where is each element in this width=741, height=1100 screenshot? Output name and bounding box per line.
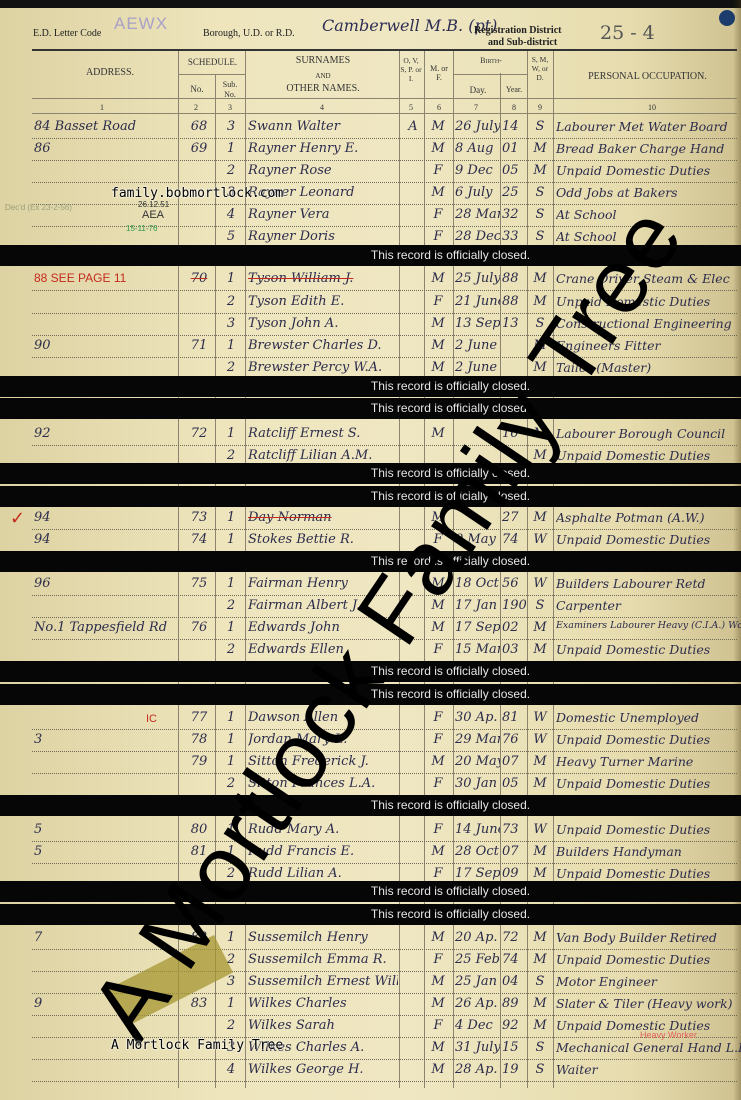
name-cell: Fairman Albert J. [248,598,398,613]
census-row: 2Rayner RoseF9 Dec05MUnpaid Domestic Dut… [0,161,741,183]
sex-cell: F [427,532,449,547]
col-num-3: 3 [228,103,232,112]
address-cell: 92 [34,426,179,441]
closed-record-bar: This record is officially closed. [0,904,741,925]
name-cell: Rayner Rose [248,163,398,178]
closed-record-bar: This record is officially closed. [0,881,741,902]
closed-record-bar: This record is officially closed. [0,551,741,572]
sex-cell: M [427,598,449,613]
name-cell: Swann Walter [248,119,398,134]
sex-cell: F [427,822,449,837]
address-cell: No.1 Tappesfield Rd [34,620,179,635]
marital-status-cell: W [530,532,550,547]
birth-day-cell: 13 Sept [455,316,500,331]
schedule-no-cell: 69 [186,141,212,156]
birth-year-cell: 88 [502,294,526,309]
census-row: 771Dawson AllenF30 Ap.81WDomestic Unempl… [0,708,741,730]
col-other-names: OTHER NAMES. [248,84,398,94]
occupation-cell: Examiners Labourer Heavy (C.I.A.) Woolwi… [556,620,741,631]
schedule-sub-cell: 4 [220,1062,242,1077]
birth-year-cell: 05 [502,776,526,791]
schedule-sub-cell: 4 [220,207,242,222]
marital-status-cell: M [530,996,550,1011]
sex-cell: M [427,119,449,134]
birth-day-cell: 26 Ap. [455,996,500,1011]
marital-status-cell: M [530,294,550,309]
census-row: 2Tyson Edith E.F21 June88MUnpaid Domesti… [0,292,741,314]
schedule-sub-cell: 1 [220,754,242,769]
occupation-cell: Heavy Turner Marine [556,754,741,769]
col-schedule-no: No. [183,84,211,94]
name-cell: Rudd Lilian A. [248,866,398,881]
birth-day-cell: 14 June [455,822,500,837]
birth-year-cell: 76 [502,732,526,747]
marital-status-cell: M [530,141,550,156]
birth-day-cell: 17 Sept [455,866,500,881]
name-cell: Brewster Charles D. [248,338,398,353]
col-num-1: 1 [100,103,104,112]
name-cell: Rudd Mary A. [248,822,398,837]
schedule-sub-cell: 1 [220,710,242,725]
occupation-cell: Tailor (Master) [556,360,741,375]
occupation-cell: Mechanical General Hand L.F. [556,1040,741,1055]
sex-cell: M [427,510,449,525]
marital-status-cell: M [530,754,550,769]
name-cell: Rudd Francis E. [248,844,398,859]
schedule-sub-cell: 3 [220,316,242,331]
marital-status-cell: M [530,163,550,178]
birth-day-cell: 15 March [455,642,500,657]
col-birth-year: Year. [502,85,526,95]
census-row: 2Fairman Albert J.M17 Jan1900SCarpenter [0,596,741,618]
address-cell: 96 [34,576,179,591]
marital-status-cell: S [530,316,550,331]
green-date: 15-11-76 [126,224,157,233]
address-cell: 84 Basset Road [34,119,179,134]
marital-status-cell: W [530,822,550,837]
ic-mark: IC [146,713,157,725]
col-birth: Birth- [455,56,527,66]
schedule-sub-cell: 1 [220,822,242,837]
schedule-no-cell: 71 [186,338,212,353]
birth-year-cell: 73 [502,822,526,837]
occupation-cell: Unpaid Domestic Duties [556,732,741,747]
schedule-no-cell: 70 [186,271,212,286]
schedule-no-cell: 75 [186,576,212,591]
address-cell: 5 [34,844,179,859]
occupation-cell: At School [556,229,741,244]
col-surnames: SURNAMES [248,56,398,66]
schedule-sub-cell: 1 [220,732,242,747]
sex-cell: F [427,163,449,178]
schedule-sub-cell: 1 [220,844,242,859]
birth-day-cell: 28 Mar [455,207,500,222]
sex-cell: M [427,271,449,286]
name-cell: Stokes Bettie R. [248,532,398,547]
sex-cell: M [427,316,449,331]
birth-day-cell: 20 Ap. [455,930,500,945]
header-rule [32,49,737,51]
red-tick-mark: ✓ [10,508,25,529]
birth-year-cell: 81 [502,710,526,725]
closed-record-bar: This record is officially closed. [0,486,741,507]
birth-year-cell: 1900 [502,598,526,613]
birth-day-cell: 8 Aug [455,141,500,156]
schedule-no-cell: 77 [186,710,212,725]
top-border [0,0,741,8]
ed-letter-code-label: E.D. Letter Code [33,28,101,39]
marital-status-cell: M [530,1018,550,1033]
census-row: 3Tyson John A.M13 Sept13SConstructional … [0,314,741,336]
name-cell: Tyson John A. [248,316,398,331]
address-cell: 90 [34,338,179,353]
occupation-cell: Unpaid Domestic Duties [556,163,741,178]
birth-day-cell: 17 Jan [455,598,500,613]
occupation-cell: Odd Jobs at Bakers [556,185,741,200]
address-cell: 94 [34,532,179,547]
schedule-sub-cell: 2 [220,163,242,178]
col-occupation: PERSONAL OCCUPATION. [560,72,735,82]
closed-record-bar: This record is officially closed. [0,684,741,705]
census-row: 791Sitton Frederick J.M20 May07MHeavy Tu… [0,752,741,774]
name-cell: Rayner Doris [248,229,398,244]
marital-status-cell: M [530,510,550,525]
occupation-cell: Builders Handyman [556,844,741,859]
address-cell: 94 [34,510,179,525]
birth-year-cell: 32 [502,207,526,222]
name-cell: Edwards Ellen [248,642,398,657]
marital-status-cell: M [530,776,550,791]
schedule-sub-cell: 2 [220,448,242,463]
name-cell: Dawson Allen [248,710,398,725]
birth-year-cell: 88 [502,271,526,286]
marital-status-cell: M [530,338,550,353]
occupation-cell: Asphalte Potman (A.W.) [556,510,741,525]
marital-status-cell: S [530,229,550,244]
sex-cell: M [427,1062,449,1077]
address-cell: 86 [34,141,179,156]
occupation-cell: Labourer Met Water Board [556,119,741,134]
sex-cell: M [427,338,449,353]
col-mf: M. or F. [427,64,451,82]
birth-day-cell: 2 June [455,360,500,375]
occupation-cell: Unpaid Domestic Duties [556,776,741,791]
schedule-sub-cell: 1 [220,930,242,945]
birth-year-cell: 56 [502,576,526,591]
name-cell: Jordan Mary L. [248,732,398,747]
col-num-6: 6 [437,103,441,112]
watermark-url: family.bobmortlock.com [111,186,283,201]
name-cell: Wilkes George H. [248,1062,398,1077]
sex-cell: F [427,866,449,881]
schedule-no-cell: 81 [186,844,212,859]
birth-year-cell: 74 [502,532,526,547]
col-schedule: SCHEDULE. [180,57,245,67]
occupation-cell: Unpaid Domestic Duties [556,952,741,967]
address-cell: 7 [34,930,179,945]
census-row: 94741Stokes Bettie R.F9 May74WUnpaid Dom… [0,530,741,552]
schedule-sub-cell: 2 [220,598,242,613]
birth-day-cell: 4 Dec [455,1018,500,1033]
occupation-cell: Crane Driver Steam & Elec [556,271,741,286]
schedule-sub-cell: 2 [220,360,242,375]
schedule-no-cell: 79 [186,754,212,769]
name-cell: Wilkes Sarah [248,1018,398,1033]
col-schedule-sub: Sub. No. [218,80,242,100]
aea-mark: AEA [142,209,164,221]
schedule-no-cell: 80 [186,822,212,837]
census-row: 2Wilkes SarahF4 Dec92MUnpaid Domestic Du… [0,1016,741,1038]
birth-day-cell: 25 Feb [455,952,500,967]
name-cell: Ratcliff Lilian A.M. [248,448,398,463]
marital-status-cell: M [530,360,550,375]
birth-day-cell: 17 Sep [455,620,500,635]
occupation-cell: Builders Labourer Retd [556,576,741,591]
schedule-sub-cell: 1 [220,510,242,525]
birth-day-cell: 18 Oct [455,576,500,591]
marital-status-cell: M [530,448,550,463]
name-cell: Tyson William J. [248,271,398,286]
closed-record-bar: This record is officially closed. [0,661,741,682]
birth-year-cell: 19 [502,1062,526,1077]
marital-status-cell: W [530,710,550,725]
schedule-sub-cell: 2 [220,776,242,791]
schedule-sub-cell: 3 [220,119,242,134]
marital-status-cell: S [530,119,550,134]
closed-record-bar: This record is officially closed. [0,376,741,397]
occupation-cell: Slater & Tiler (Heavy work) [556,996,741,1011]
schedule-sub-cell: 2 [220,1018,242,1033]
aea-date: 26.12.51 [138,200,169,209]
census-row: 96751Fairman HenryM18 Oct56WBuilders Lab… [0,574,741,596]
sex-cell: F [427,952,449,967]
name-cell: Rayner Henry E. [248,141,398,156]
birth-year-cell: 07 [502,754,526,769]
sex-cell: M [427,996,449,1011]
sex-cell: F [427,710,449,725]
occupation-cell: Motor Engineer [556,974,741,989]
birth-year-cell: 25 [502,185,526,200]
schedule-no-cell: 74 [186,532,212,547]
borough-label: Borough, U.D. or R.D. [203,28,295,39]
birth-day-cell: 9 May [455,532,500,547]
col-birth-day: Day. [458,85,498,95]
birth-year-cell: 74 [502,952,526,967]
occupation-cell: Unpaid Domestic Duties [556,822,741,837]
schedule-no-cell: 72 [186,426,212,441]
sex-cell: F [427,642,449,657]
census-row: 2Sussemilch Emma R.F25 Feb74MUnpaid Dome… [0,950,741,972]
col-num-2: 2 [194,103,198,112]
schedule-sub-cell: 1 [220,338,242,353]
occupation-cell: Labourer Borough Council [556,426,741,441]
schedule-sub-cell: 1 [220,141,242,156]
col-num-9: 9 [538,103,542,112]
closed-record-bar: This record is officially closed. [0,398,741,419]
birth-year-cell: 09 [502,866,526,881]
name-cell: Sitton Frederick J. [248,754,398,769]
sex-cell: F [427,732,449,747]
birth-year-cell: 72 [502,930,526,945]
name-cell: Sussemilch Ernest William [248,974,398,989]
occupation-cell: Domestic Unemployed [556,710,741,725]
red-note: Heavy Worker [640,1030,697,1040]
census-row: 5811Rudd Francis E.M28 Oct07MBuilders Ha… [0,842,741,864]
address-cell: 88 SEE PAGE 11 [34,271,179,285]
marital-status-cell: S [530,207,550,222]
schedule-sub-cell: 1 [220,620,242,635]
birth-year-cell: 92 [502,1018,526,1033]
marital-status-cell: M [530,866,550,881]
birth-year-cell: 04 [502,974,526,989]
schedule-sub-cell: 1 [220,271,242,286]
sex-cell: F [427,229,449,244]
occupation-cell: Bread Baker Charge Hand [556,141,741,156]
closed-record-bar: This record is officially closed. [0,245,741,266]
col-ovsp: O, V, S, P. or I. [400,56,422,83]
birth-year-cell: 16 [502,426,526,441]
schedule-sub-cell: 1 [220,426,242,441]
col-smwd: S, M, W, or D. [531,55,549,82]
col-num-7: 7 [474,103,478,112]
borough-value: Camberwell M.B. (pt) [322,16,497,35]
marital-status-cell: M [530,930,550,945]
sex-cell: M [427,930,449,945]
birth-year-cell: 89 [502,996,526,1011]
col-surnames-and: AND [248,71,398,81]
name-cell: Brewster Percy W.A. [248,360,398,375]
occupation-cell: Unpaid Domestic Duties [556,866,741,881]
birth-day-cell: 25 July [455,271,500,286]
birth-day-cell: 9 Dec [455,163,500,178]
sex-cell: M [427,620,449,635]
sex-cell: F [427,294,449,309]
census-row: 3781Jordan Mary L.F29 Mar76WUnpaid Domes… [0,730,741,752]
sex-cell: M [427,1040,449,1055]
census-row: 86691Rayner Henry E.M8 Aug01MBread Baker… [0,139,741,161]
schedule-no-cell: 78 [186,732,212,747]
schedule-no-cell: 76 [186,620,212,635]
closed-record-bar: This record is officially closed. [0,463,741,484]
marital-status-cell: W [530,576,550,591]
ink-blot [719,10,735,26]
sex-cell: F [427,776,449,791]
marital-status-cell: M [530,844,550,859]
census-row: No.1 Tappesfield Rd761Edwards JohnM17 Se… [0,618,741,640]
col-num-4: 4 [320,103,324,112]
occupation-cell: Unpaid Domestic Duties [556,294,741,309]
occupation-cell: At School [556,207,741,222]
schedule-no-cell: 83 [186,996,212,1011]
address-cell: 3 [34,732,179,747]
census-row: 92721Ratcliff Ernest S.M16MLabourer Boro… [0,424,741,446]
marital-status-cell: M [530,952,550,967]
sex-cell: M [427,844,449,859]
sex-cell: M [427,754,449,769]
registration-label-2: and Sub-district [488,37,557,48]
schedule-sub-cell: 1 [220,576,242,591]
schedule-sub-cell: 1 [220,532,242,547]
sex-cell: M [427,576,449,591]
sex-cell: M [427,426,449,441]
birth-year-cell: 07 [502,844,526,859]
birth-day-cell: 21 June [455,294,500,309]
marital-status-cell: W [530,732,550,747]
birth-day-cell: 31 July [455,1040,500,1055]
birth-day-cell: 20 May [455,754,500,769]
birth-year-cell: 27 [502,510,526,525]
schedule-sub-cell: 2 [220,642,242,657]
sex-cell: F [427,1018,449,1033]
schedule-sub-cell: 5 [220,229,242,244]
sex-cell: M [427,974,449,989]
marital-status-cell: M [530,620,550,635]
marital-status-cell: S [530,598,550,613]
name-cell: Edwards John [248,620,398,635]
marital-status-cell: M [530,426,550,441]
marital-status-cell: M [530,271,550,286]
birth-year-cell: 02 [502,620,526,635]
name-cell: Fairman Henry [248,576,398,591]
census-row: 7821Sussemilch HenryM20 Ap.72MVan Body B… [0,928,741,950]
census-row: 4Wilkes George H.M28 Ap.19SWaiter [0,1060,741,1082]
occupation-cell: Unpaid Domestic Duties [556,532,741,547]
birth-day-cell: 26 July [455,119,500,134]
name-cell: Sussemilch Henry [248,930,398,945]
name-cell: Wilkes Charles [248,996,398,1011]
occupation-cell: Unpaid Domestic Duties [556,642,741,657]
occupation-cell: Unpaid Domestic Duties [556,448,741,463]
birth-year-cell: 15 [502,1040,526,1055]
census-row: 94731Day NormanM27MAsphalte Potman (A.W.… [0,508,741,530]
watermark-footer: A Mortlock Family Tree [111,1038,283,1053]
occupation-cell: Engineers Fitter [556,338,741,353]
sex-cell: M [427,360,449,375]
schedule-no-cell: 73 [186,510,212,525]
name-cell: Tyson Edith E. [248,294,398,309]
marital-status-cell: S [530,185,550,200]
birth-day-cell: 6 July [455,185,500,200]
birth-year-cell: 01 [502,141,526,156]
birth-year-cell: 03 [502,642,526,657]
census-row: 88 SEE PAGE 11701Tyson William J.M25 Jul… [0,269,741,291]
birth-day-cell: 28 Dec [455,229,500,244]
census-row: 4Rayner VeraF28 Mar32SAt School [0,205,741,227]
ed-letter-code-stamp: AEWX [114,14,168,34]
name-cell: Sitton Frances L.A. [248,776,398,791]
birth-year-cell: 14 [502,119,526,134]
col-address: ADDRESS. [40,68,180,78]
sex-cell: M [427,141,449,156]
birth-day-cell: 28 Oct [455,844,500,859]
marital-status-cell: M [530,642,550,657]
birth-year-cell: 13 [502,316,526,331]
marital-status-cell: S [530,974,550,989]
birth-day-cell: 30 Ap. [455,710,500,725]
census-page: AEWX E.D. Letter Code Borough, U.D. or R… [0,0,741,1100]
census-row: 84 Basset Road683Swann WalterAM26 July14… [0,117,741,139]
birth-year-cell: 05 [502,163,526,178]
name-cell: Rayner Vera [248,207,398,222]
deceased-note: Dec'd (Ex 23-2-56) [5,203,72,212]
registration-label-1: Registration District [474,25,561,36]
census-row: 2Sitton Frances L.A.F30 Jan05MUnpaid Dom… [0,774,741,796]
name-cell: Day Norman [248,510,398,525]
schedule-sub-cell: 2 [220,294,242,309]
ovsp-cell: A [403,119,423,134]
birth-day-cell: 2 June [455,338,500,353]
name-cell: Ratcliff Ernest S. [248,426,398,441]
